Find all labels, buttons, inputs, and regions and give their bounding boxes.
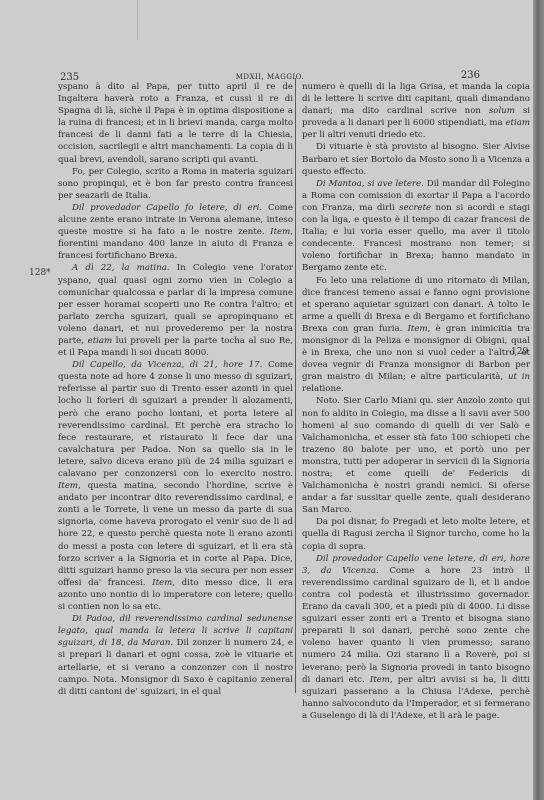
- body-text: , questa matina, secondo l'hordine, scri…: [58, 481, 293, 588]
- italic-text: Dil provedador Capello fo letere, di eri…: [72, 203, 262, 213]
- italic-text: etiam: [88, 336, 113, 346]
- margin-folio-left: 128*: [29, 268, 51, 278]
- italic-text: Di Mantoa, si ave letere.: [316, 179, 424, 189]
- italic-text: Item: [408, 324, 428, 334]
- paragraph: Di Mantoa, si ave letere. Dil mandar dil…: [302, 178, 530, 275]
- page-number-right: 236: [461, 70, 480, 81]
- page-edge-shadow: [533, 0, 544, 800]
- body-text: In Colegio vene l'orator yspano, qual qu…: [58, 263, 293, 346]
- paragraph: yspano à dito al Papa, per tutto april i…: [58, 81, 293, 166]
- running-title: MDXII, MAGGIO.: [60, 73, 480, 81]
- italic-text: Item: [270, 227, 290, 237]
- paragraph: Dil provedador Capello vene letere, di e…: [302, 553, 530, 722]
- body-text: Come a hore 23 intrò il reverendissimo c…: [302, 566, 530, 685]
- italic-text: etiam: [505, 118, 530, 128]
- italic-text: Item: [58, 481, 78, 491]
- paragraph: Dil Capello, da Vicenza, di 21, hore 17.…: [58, 359, 293, 613]
- body-text: Come questa note ad hore 4 zonse li uno …: [58, 360, 293, 479]
- column-divider: [295, 78, 296, 693]
- book-page: 235 MDXII, MAGGIO. 236 128* 129 yspano à…: [0, 0, 534, 800]
- paragraph: Di vituarie è stà provisto al bisogno. S…: [302, 141, 530, 177]
- paragraph: A dì 22, la matina. In Colegio vene l'or…: [58, 262, 293, 359]
- italic-text: solum: [489, 106, 515, 116]
- paragraph: Di Padoa, dil reverendissimo cardinal se…: [58, 613, 293, 698]
- body-text: Da poi disnar, fo Pregadi et leto molte …: [302, 517, 530, 551]
- paragraph: Fo, per Colegio, scrito a Roma in materi…: [58, 166, 293, 202]
- italic-text: A dì 22, la matina.: [72, 263, 170, 273]
- italic-text: secrete: [399, 203, 431, 213]
- paragraph: numero è quelli di la liga Grisa, et man…: [302, 81, 530, 141]
- italic-text: Dil Capello, da Vicenza, di 21, hore 17.: [72, 360, 262, 370]
- italic-text: ut in: [508, 372, 530, 382]
- body-text: Fo, per Colegio, scrito a Roma in materi…: [58, 167, 293, 201]
- body-text: Noto. Sier Carlo Miani qu. sier Anzolo z…: [302, 396, 530, 515]
- body-text: per li altri venuti driedo etc.: [302, 130, 425, 140]
- body-text: yspano à dito al Papa, per tutto april i…: [58, 82, 293, 165]
- scan-crease: [137, 0, 138, 40]
- paragraph: Fo leto una relatione di uno ritornato d…: [302, 275, 530, 396]
- paragraph: Da poi disnar, fo Pregadi et leto molte …: [302, 516, 530, 552]
- body-text: Di vituarie è stà provisto al bisogno. S…: [302, 142, 530, 176]
- paragraph: Noto. Sier Carlo Miani qu. sier Anzolo z…: [302, 395, 530, 516]
- left-text-column: yspano à dito al Papa, per tutto april i…: [58, 81, 293, 698]
- body-text: relatione.: [302, 384, 344, 394]
- right-text-column: numero è quelli di la liga Grisa, et man…: [302, 81, 530, 722]
- italic-text: Item: [152, 578, 172, 588]
- paragraph: Dil provedador Capello fo letere, di eri…: [58, 202, 293, 262]
- body-text: non si acordi e stagi con la liga, e que…: [302, 203, 530, 273]
- italic-text: Item: [370, 675, 390, 685]
